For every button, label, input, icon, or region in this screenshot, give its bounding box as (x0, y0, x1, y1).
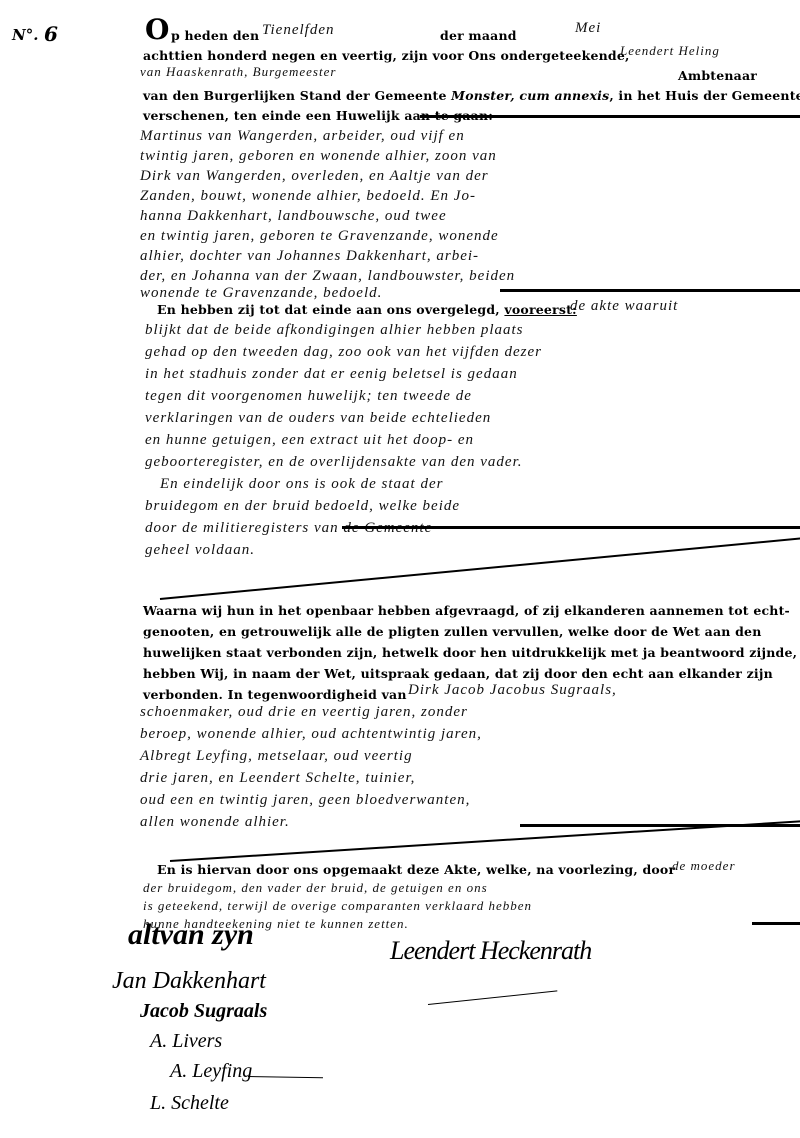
declaration-line: huwelijken staat verbonden zijn, hetwelk… (143, 645, 797, 661)
witness-line: Albregt Leyfing, metselaar, oud veertig (140, 746, 413, 766)
record-number-value: 6 (44, 22, 58, 46)
party-line: wonende te Gravenzande, bedoeld. (140, 283, 382, 303)
closing-line: der bruidegom, den vader der bruid, de g… (143, 878, 488, 898)
opening-line1-b: der maand (440, 28, 517, 44)
signature: A. Livers (150, 1030, 222, 1053)
signature: Jacob Sugraals (140, 1000, 267, 1023)
opening-line3-b: Ambtenaar (678, 68, 757, 84)
submitted-line: gehad op den tweeden dag, zoo ook van he… (145, 342, 542, 362)
party-line: Zanden, bouwt, wonende alhier, bedoeld. … (140, 186, 476, 206)
witness-line: beroep, wonende alhier, oud achtentwinti… (140, 724, 482, 744)
witness-line: Dirk Jacob Jacobus Sugraals, (408, 680, 617, 700)
declaration-line: Waarna wij hun in het openbaar hebben af… (143, 603, 790, 619)
hand-official-name: Leendert Heling (620, 41, 720, 61)
opening-line1-a: p heden den (171, 28, 259, 44)
cancel-stroke (160, 537, 800, 600)
party-line: twintig jaren, geboren en wonende alhier… (140, 146, 497, 166)
hand-day: Tienelfden (262, 20, 335, 40)
submitted-line: tegen dit voorgenomen huwelijk; ten twee… (145, 386, 472, 406)
witness-line: oud een en twintig jaren, geen bloedverw… (140, 790, 470, 810)
witness-line: drie jaren, en Leendert Schelte, tuinier… (140, 768, 415, 788)
submitted-line: En eindelijk door ons is ook de staat de… (160, 474, 443, 494)
drop-cap: O (145, 16, 169, 44)
signature-flourish (428, 990, 557, 1005)
party-line: alhier, dochter van Johannes Dakkenhart,… (140, 246, 479, 266)
fill-line (752, 922, 800, 925)
closing-printed: En is hiervan door ons opgemaakt deze Ak… (157, 862, 675, 878)
fill-line (342, 526, 800, 529)
hand-official-title: van Haaskenrath, Burgemeester (140, 62, 336, 82)
submitted-line: verklaringen van de ouders van beide ech… (145, 408, 491, 428)
marriage-record-page: N°. 6 O p heden den Tienelfden der maand… (0, 0, 800, 1138)
submitted-line: in het stadhuis zonder dat er eenig bele… (145, 364, 518, 384)
signature-underline (248, 1076, 323, 1078)
submitted-lead: En hebben zij tot dat einde aan ons over… (157, 302, 577, 318)
submitted-line: en hunne getuigen, een extract uit het d… (145, 430, 474, 450)
closing-line: de moeder (672, 856, 736, 876)
hand-month: Mei (575, 18, 601, 38)
signature: L. Schelte (150, 1092, 229, 1115)
party-line: Martinus van Wangerden, arbeider, oud vi… (140, 126, 465, 146)
party-line: en twintig jaren, geboren te Gravenzande… (140, 226, 499, 246)
submitted-line: de akte waaruit (570, 296, 678, 316)
submitted-line: geheel voldaan. (145, 540, 255, 560)
witness-line: allen wonende alhier. (140, 812, 290, 832)
closing-line: is geteekend, terwijl de overige compara… (143, 896, 532, 916)
declaration-line: genooten, en getrouwelijk alle de pligte… (143, 624, 762, 640)
signature: altvan zyn (128, 918, 254, 952)
party-line: Dirk van Wangerden, overleden, en Aaltje… (140, 166, 489, 186)
signature: A. Leyfing (170, 1060, 252, 1083)
party-line: hanna Dakkenhart, landbouwsche, oud twee (140, 206, 447, 226)
submitted-line: blijkt dat de beide afkondigingen alhier… (145, 320, 524, 340)
fill-line (420, 115, 800, 118)
record-number-label: N°. (12, 26, 38, 44)
declaration-last-line: verbonden. In tegenwoordigheid van (143, 687, 407, 703)
signature: Jan Dakkenhart (112, 968, 266, 995)
submitted-line: bruidegom en der bruid bedoeld, welke be… (145, 496, 460, 516)
submitted-line: geboorteregister, en de overlijdensakte … (145, 452, 523, 472)
opening-line4: van den Burgerlijken Stand der Gemeente … (143, 88, 800, 104)
fill-line (500, 289, 800, 292)
official-signature: Leendert Heckenrath (390, 936, 591, 966)
witness-line: schoenmaker, oud drie en veertig jaren, … (140, 702, 468, 722)
